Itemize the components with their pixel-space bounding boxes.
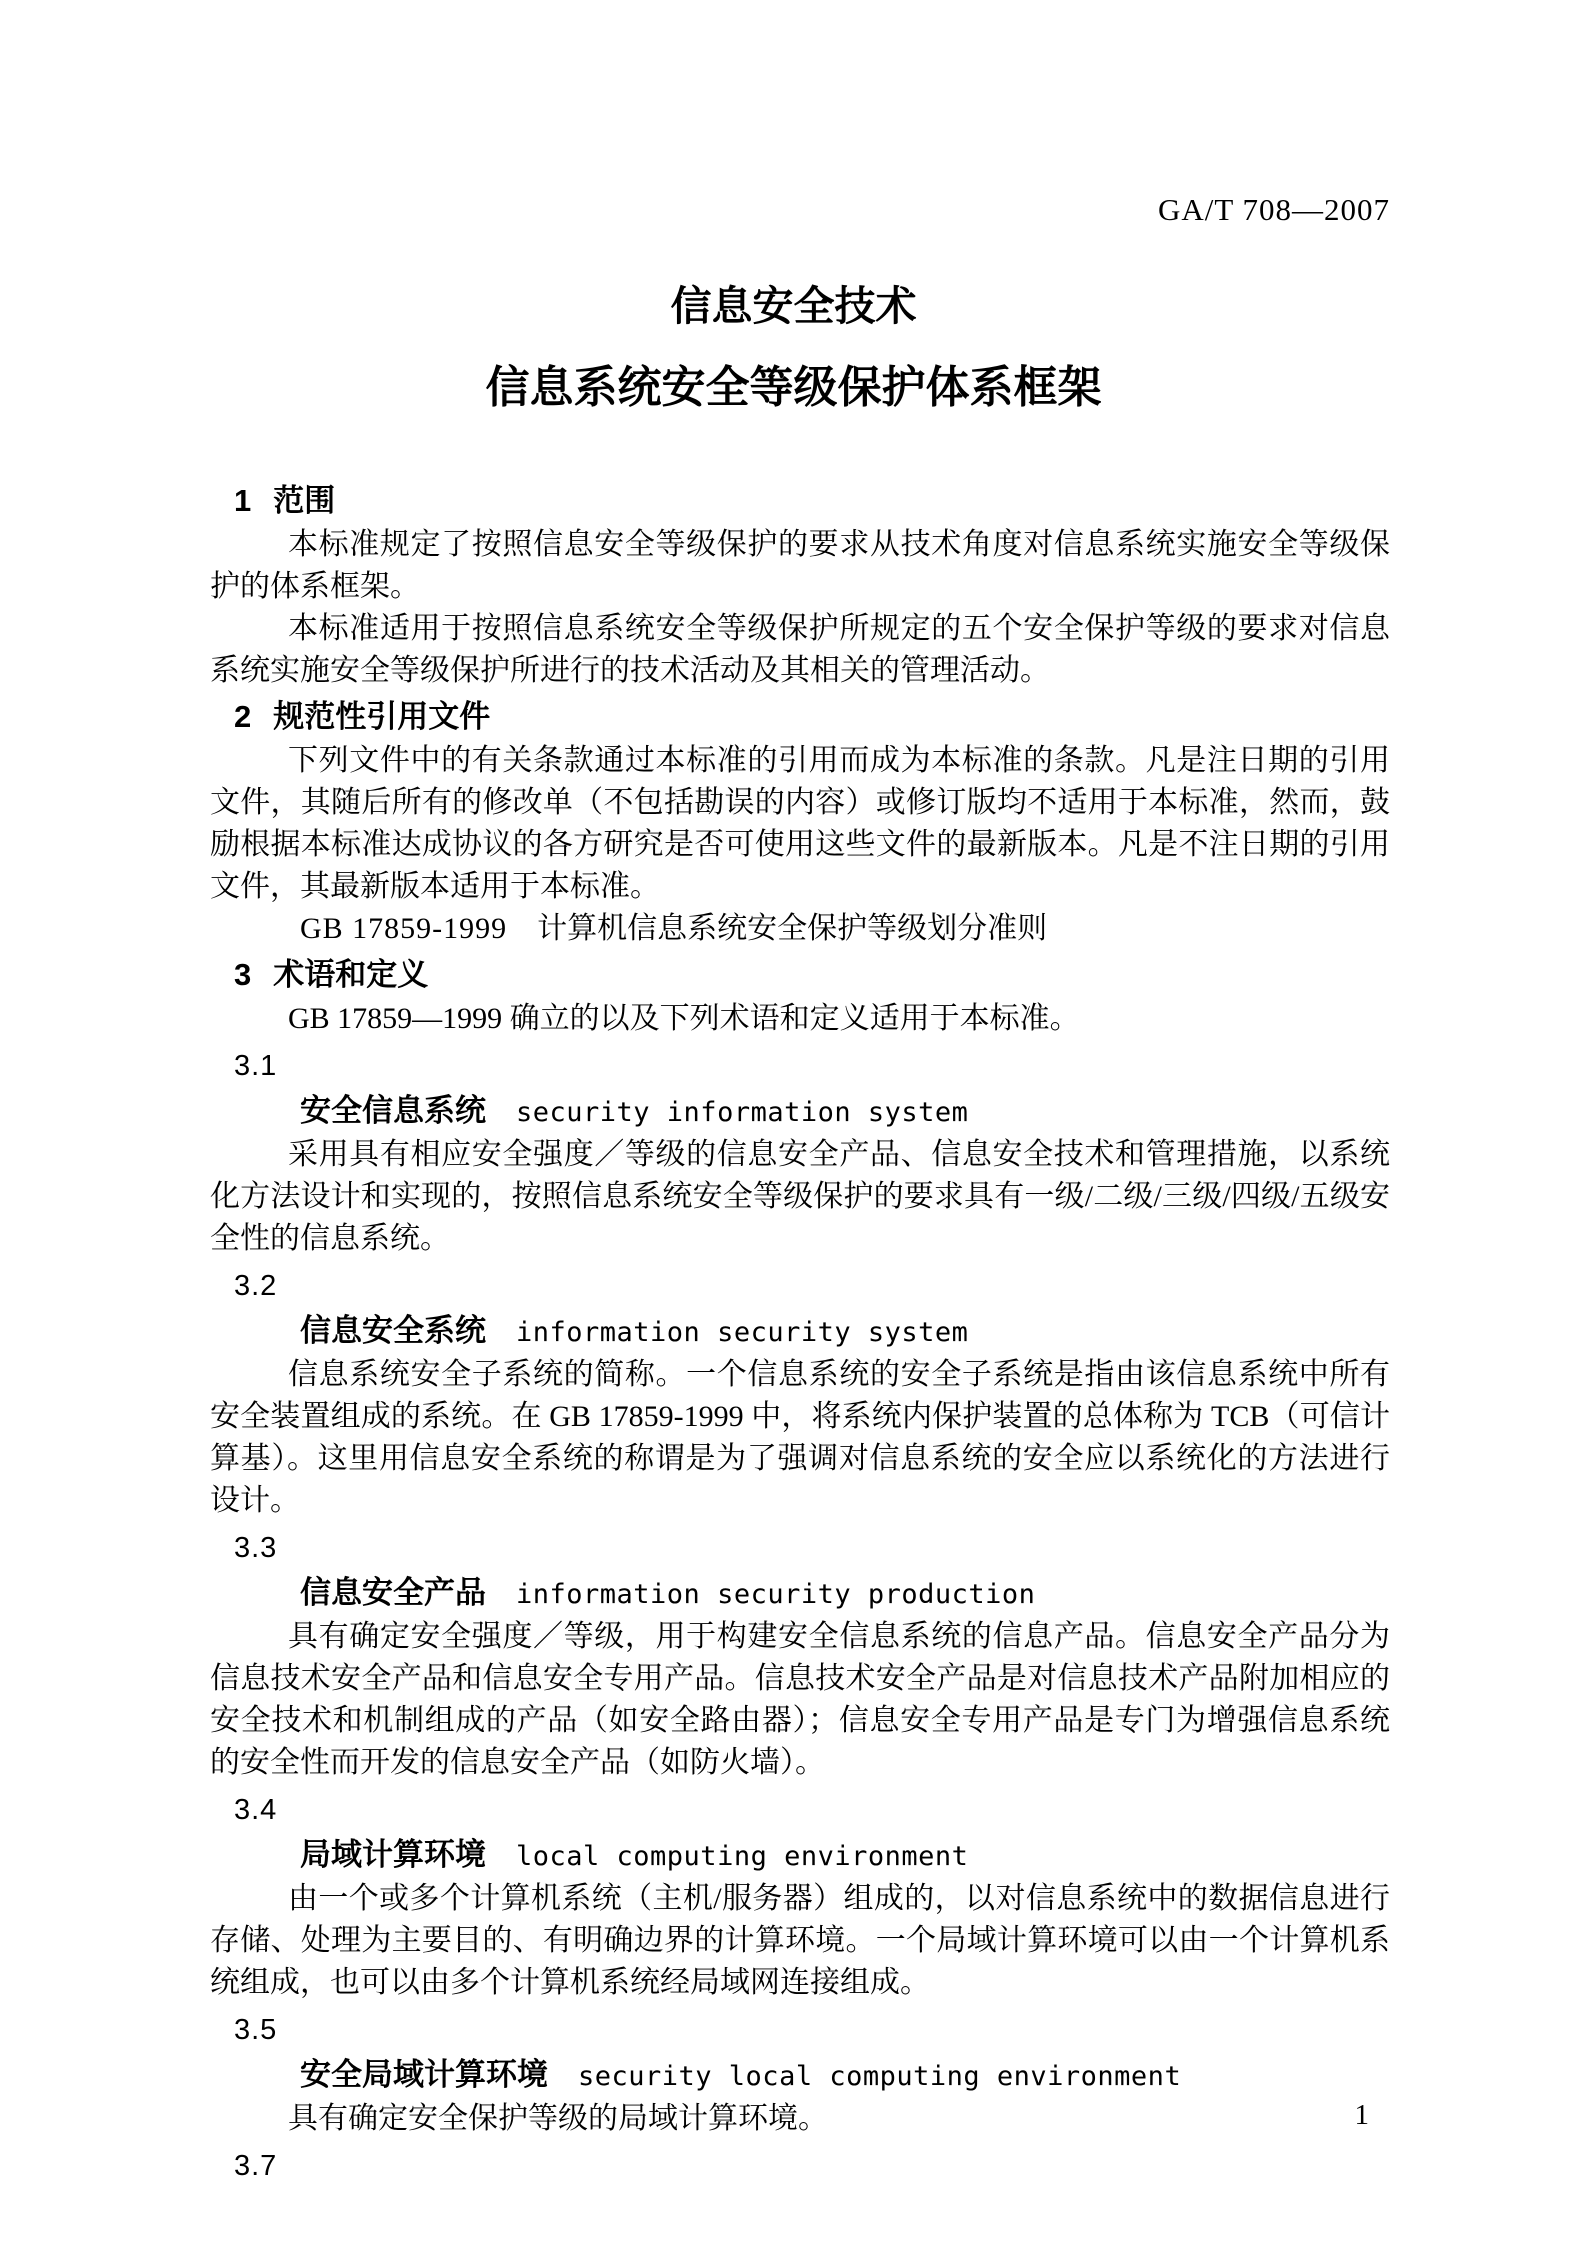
term-heading-3-3: 信息安全产品information security production	[300, 1572, 1390, 1616]
clause-number-3-1: 3.1	[234, 1045, 1390, 1087]
reference-entry: GB 17859-1999计算机信息系统安全保护等级划分准则	[300, 908, 1390, 950]
section-title: 规范性引用文件	[273, 699, 490, 734]
clause-number-3-3: 3.3	[234, 1527, 1390, 1569]
term-en: security local computing environment	[578, 2061, 1181, 2092]
normative-refs-paragraph: 下列文件中的有关条款通过本标准的引用而成为本标准的条款。凡是注日期的引用文件，其…	[210, 740, 1390, 908]
term-heading-3-4: 局域计算环境local computing environment	[300, 1834, 1390, 1878]
terms-intro: GB 17859—1999 确立的以及下列术语和定义适用于本标准。	[210, 998, 1390, 1040]
scope-paragraph-2: 本标准适用于按照信息系统安全等级保护所规定的五个安全保护等级的要求对信息系统实施…	[210, 608, 1390, 692]
doc-title-line1: 信息安全技术	[0, 282, 1587, 330]
section-number: 1	[234, 480, 251, 522]
term-en: information security production	[516, 1579, 1035, 1610]
section-number: 3	[234, 954, 251, 996]
term-zh: 信息安全系统	[300, 1313, 486, 1348]
term-heading-3-2: 信息安全系统information security system	[300, 1310, 1390, 1354]
term-en: information security system	[516, 1317, 968, 1348]
term-en: security information system	[516, 1097, 968, 1128]
term-heading-3-1: 安全信息系统security information system	[300, 1090, 1390, 1134]
term-en: local computing environment	[516, 1841, 968, 1872]
clause-number-3-4: 3.4	[234, 1789, 1390, 1831]
term-zh: 信息安全产品	[300, 1575, 486, 1610]
clause-number-3-7: 3.7	[234, 2145, 1390, 2187]
document-page: GA/T 708—2007 信息安全技术 信息系统安全等级保护体系框架 1范围 …	[0, 0, 1587, 2245]
clause-number-3-5: 3.5	[234, 2009, 1390, 2051]
reference-code: GB 17859-1999	[300, 912, 507, 945]
clause-number-3-2: 3.2	[234, 1265, 1390, 1307]
doc-title-line2: 信息系统安全等级保护体系框架	[0, 362, 1587, 414]
term-definition-3-3: 具有确定安全强度／等级，用于构建安全信息系统的信息产品。信息安全产品分为信息技术…	[210, 1616, 1390, 1784]
term-definition-3-2: 信息系统安全子系统的简称。一个信息系统的安全子系统是指由该信息系统中所有安全装置…	[210, 1354, 1390, 1522]
section-number: 2	[234, 696, 251, 738]
document-body: 1范围 本标准规定了按照信息安全等级保护的要求从技术角度对信息系统实施安全等级保…	[210, 480, 1390, 2187]
section-heading-normative-refs: 2规范性引用文件	[234, 696, 1390, 738]
term-definition-3-1: 采用具有相应安全强度／等级的信息安全产品、信息安全技术和管理措施，以系统化方法设…	[210, 1134, 1390, 1260]
term-heading-3-5: 安全局域计算环境security local computing environ…	[300, 2054, 1390, 2098]
section-title: 范围	[273, 483, 335, 518]
standard-code: GA/T 708—2007	[0, 192, 1390, 228]
section-heading-scope: 1范围	[234, 480, 1390, 522]
scope-paragraph-1: 本标准规定了按照信息安全等级保护的要求从技术角度对信息系统实施安全等级保护的体系…	[210, 524, 1390, 608]
section-heading-terms: 3术语和定义	[234, 954, 1390, 996]
section-title: 术语和定义	[273, 957, 428, 992]
term-zh: 安全局域计算环境	[300, 2057, 548, 2092]
page-number: 1	[1355, 2098, 1370, 2132]
term-definition-3-5: 具有确定安全保护等级的局域计算环境。	[210, 2098, 1390, 2140]
reference-title: 计算机信息系统安全保护等级划分准则	[537, 912, 1047, 945]
term-definition-3-4: 由一个或多个计算机系统（主机/服务器）组成的，以对信息系统中的数据信息进行存储、…	[210, 1878, 1390, 2004]
term-zh: 局域计算环境	[300, 1837, 486, 1872]
term-zh: 安全信息系统	[300, 1093, 486, 1128]
